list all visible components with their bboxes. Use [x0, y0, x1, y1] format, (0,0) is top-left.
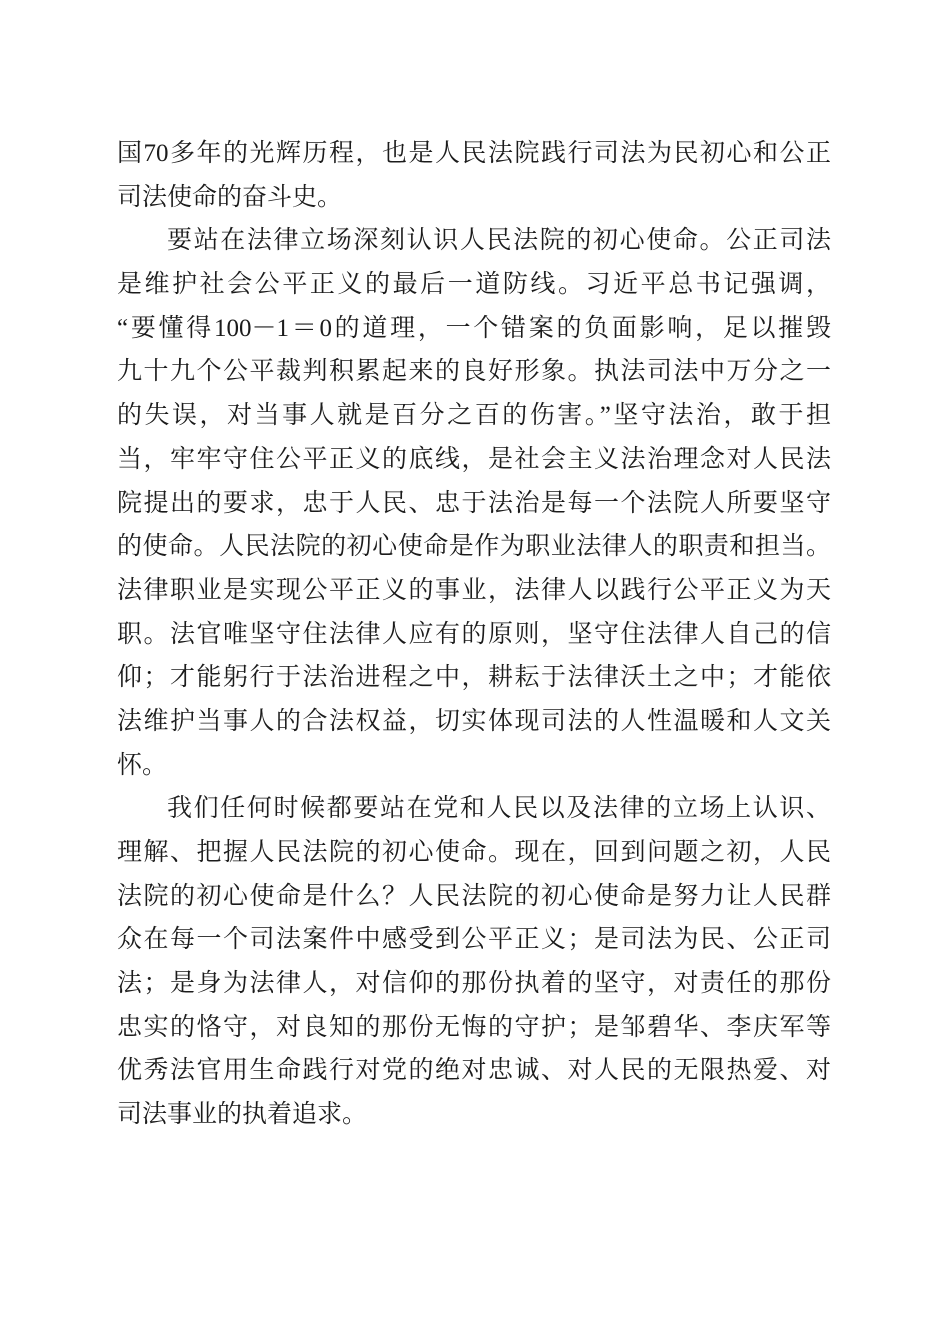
- text-line: 司法使命的奋斗史。: [117, 176, 831, 220]
- text-line: 要站在法律立场深刻认识人民法院的初心使命。公正司法: [117, 219, 831, 263]
- text-line: 是维护社会公平正义的最后一道防线。习近平总书记强调，: [117, 263, 831, 307]
- text-line: 当，牢牢守住公平正义的底线，是社会主义法治理念对人民法: [117, 438, 831, 482]
- text-line: 理解、把握人民法院的初心使命。现在，回到问题之初，人民: [117, 831, 831, 875]
- text-line: 职。法官唯坚守住法律人应有的原则，坚守住法律人自己的信: [117, 613, 831, 657]
- text-line: “要懂得100－1＝0的道理，一个错案的负面影响，足以摧毁: [117, 307, 831, 351]
- text-line: 法维护当事人的合法权益，切实体现司法的人性温暖和人文关: [117, 700, 831, 744]
- text-line: 怀。: [117, 744, 831, 788]
- text-line: 仰；才能躬行于法治进程之中，耕耘于法律沃土之中；才能依: [117, 656, 831, 700]
- text-line: 九十九个公平裁判积累起来的良好形象。执法司法中万分之一: [117, 350, 831, 394]
- text-line: 优秀法官用生命践行对党的绝对忠诚、对人民的无限热爱、对: [117, 1049, 831, 1093]
- text-line: 众在每一个司法案件中感受到公平正义；是司法为民、公正司: [117, 918, 831, 962]
- paragraph: 要站在法律立场深刻认识人民法院的初心使命。公正司法是维护社会公平正义的最后一道防…: [117, 219, 831, 787]
- paragraph: 国70多年的光辉历程，也是人民法院践行司法为民初心和公正司法使命的奋斗史。: [117, 132, 831, 219]
- text-line: 司法事业的执着追求。: [117, 1093, 831, 1137]
- text-line: 我们任何时候都要站在党和人民以及法律的立场上认识、: [117, 787, 831, 831]
- text-line: 的失误，对当事人就是百分之百的伤害。”坚守法治，敢于担: [117, 394, 831, 438]
- text-line: 国70多年的光辉历程，也是人民法院践行司法为民初心和公正: [117, 132, 831, 176]
- text-line: 法律职业是实现公平正义的事业，法律人以践行公平正义为天: [117, 569, 831, 613]
- text-line: 法；是身为法律人，对信仰的那份执着的坚守，对责任的那份: [117, 962, 831, 1006]
- text-line: 院提出的要求，忠于人民、忠于法治是每一个法院人所要坚守: [117, 482, 831, 526]
- text-line: 忠实的恪守，对良知的那份无悔的守护；是邹碧华、李庆军等: [117, 1006, 831, 1050]
- text-line: 法院的初心使命是什么？人民法院的初心使命是努力让人民群: [117, 875, 831, 919]
- document-page: 国70多年的光辉历程，也是人民法院践行司法为民初心和公正司法使命的奋斗史。要站在…: [0, 0, 950, 1344]
- document-text-block: 国70多年的光辉历程，也是人民法院践行司法为民初心和公正司法使命的奋斗史。要站在…: [117, 132, 831, 1137]
- text-line: 的使命。人民法院的初心使命是作为职业法律人的职责和担当。: [117, 525, 831, 569]
- paragraph: 我们任何时候都要站在党和人民以及法律的立场上认识、理解、把握人民法院的初心使命。…: [117, 787, 831, 1137]
